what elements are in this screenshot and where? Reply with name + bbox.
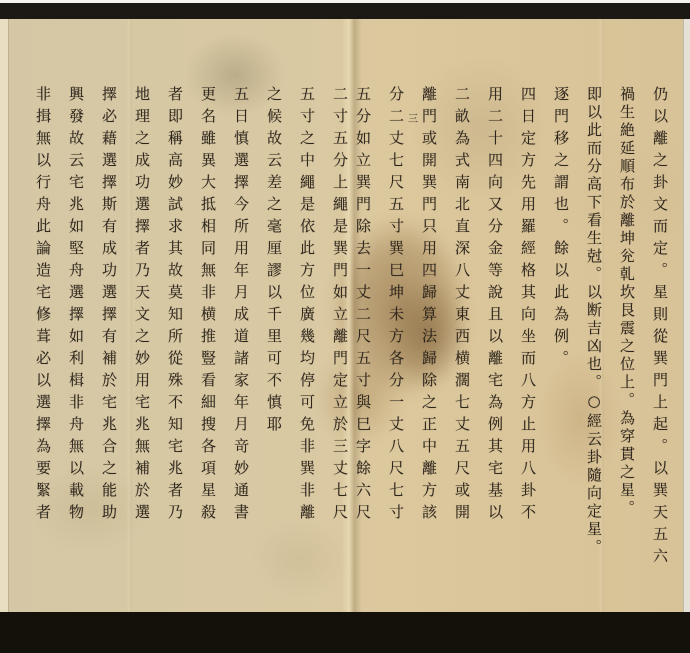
scan-border-bottom [0, 612, 690, 653]
text-column: 擇必藉選擇斯有成功選擇有補於宅兆合之能助 [92, 86, 125, 612]
text-column: 興發故云宅兆如堅舟選擇如利楫非舟無以載物 [59, 86, 92, 612]
scan-border-top [0, 3, 690, 19]
text-column: 地理之成功選擇者乃天文之妙用宅兆無補於選 [125, 86, 158, 612]
manuscript-page-right: 仍以離之卦文而定。星則從巽門上起。以巽天五六 禍生絶延順布於離坤兊乹坎艮震之位上… [346, 86, 676, 612]
text-column: 四日定方先用羅經格其向坐而八方止用八卦不 [511, 86, 544, 612]
text-column: 即以此而分高下看生尅。以断吉凶也。○經云卦隨向定星。 [577, 86, 610, 612]
text-column: 者即稱高妙試求其故莫知所從殊不知宅兆者乃 [158, 86, 191, 612]
text-column: 用二十四向又分金等說且以離宅為例其宅基以 [478, 86, 511, 612]
text-column: 離門或開巽門只用四歸算法歸除之正中離方該 [412, 86, 445, 612]
text-column: 五日慎選擇今所用年月成道諸家年月竒妙通書 [224, 86, 257, 612]
text-column: 二畝為式南北直深八丈東西横濶七丈五尺或開 [445, 86, 478, 612]
text-column: 分二丈七尺五寸巽巳坤未方各分一丈八尺七寸 [379, 86, 412, 612]
text-column: 二寸五分上繩是巽門如立離門定立於三丈七尺 [323, 86, 356, 612]
page-edge-right [683, 19, 690, 612]
text-column: 之候故云差之毫厘謬以千里可不慎耶 [257, 86, 290, 612]
text-column: 更名雖異大抵相同無非横推豎看細搜各項星殺 [191, 86, 224, 612]
text-column: 仍以離之卦文而定。星則從巽門上起。以巽天五六 [643, 86, 676, 612]
text-column: 五寸之中繩是依此方位廣幾均停可免非巽非離 [290, 86, 323, 612]
page-edge-left [0, 19, 9, 612]
manuscript-page-left: 二寸五分上繩是巽門如立離門定立於三丈七尺 五寸之中繩是依此方位廣幾均停可免非巽非… [26, 86, 356, 612]
manuscript-scan: 仍以離之卦文而定。星則從巽門上起。以巽天五六 禍生絶延順布於離坤兊乹坎艮震之位上… [0, 0, 690, 653]
text-column: 禍生絶延順布於離坤兊乹坎艮震之位上。為穿貫之星。 [610, 86, 643, 612]
text-column: 逐門移之謂也。餘以此為例。 [544, 86, 577, 612]
text-column: 非揖無以行舟此論造宅修葺必以選擇為要緊者 [26, 86, 59, 612]
interlinear-correction-mark: 三 [408, 110, 418, 125]
